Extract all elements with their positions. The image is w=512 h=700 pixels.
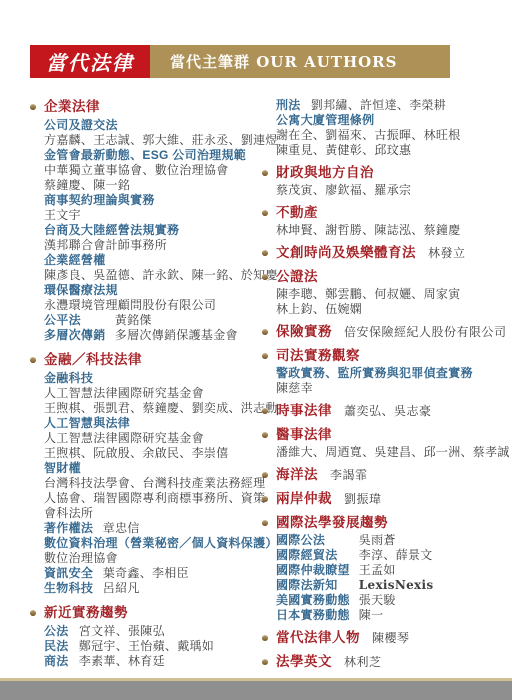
section: 海洋法李謁霏 [260, 466, 508, 484]
section-heading-row: 保險實務倍安保險經紀人股份有限公司 [276, 323, 508, 341]
author-line: 生物科技呂紹凡 [44, 581, 260, 596]
brand-box: 當代法律 [30, 45, 150, 78]
topic-label: 金管會最新動態、ESG 公司治理規範 [44, 148, 260, 163]
author-names: 永灃環境管理顧問股份有限公司 [44, 298, 260, 313]
topic-label: 智財權 [44, 461, 260, 476]
bullet-icon [262, 520, 268, 526]
author-names: 會科法所 [44, 506, 260, 521]
section-heading-row: 海洋法李謁霏 [276, 466, 508, 484]
bullet-icon [262, 432, 268, 438]
header: 當代法律 當代主筆群 OUR AUTHORS [30, 45, 450, 78]
section: 不動產林坤賢、謝哲勝、陳誌泓、蔡鐘慶 [260, 204, 508, 238]
topic-label: 台商及大陸經營法規實務 [44, 223, 260, 238]
section-heading: 醫事法律 [276, 427, 332, 442]
author-names: 林利芝 [344, 655, 382, 669]
section: 保險實務倍安保險經紀人股份有限公司 [260, 323, 508, 341]
author-names: 陳李聰、鄭雲鵬、何叔孋、周家寅 [276, 287, 508, 302]
author-names: 章忠信 [103, 521, 140, 535]
page: 當代法律 當代主筆群 OUR AUTHORS 企業法律公司及證交法方嘉麟、王志誠… [0, 0, 512, 700]
topic-label: 企業經營權 [44, 253, 260, 268]
bullet-icon [262, 659, 268, 665]
author-line: 日本實務動態陳一 [276, 608, 508, 623]
author-line: 民法鄭冠宇、王怡蘋、戴瑀如 [44, 639, 260, 654]
author-line: 商法李素華、林育廷 [44, 654, 260, 669]
author-line: 資訊安全葉奇鑫、李相臣 [44, 566, 260, 581]
section-heading-row: 醫事法律 [276, 426, 508, 443]
topic-label: 警政實務、監所實務與犯罪偵查實務 [276, 366, 508, 381]
author-line: 刑法劉邦繡、許恒達、李榮耕 [276, 98, 508, 113]
bullet-icon [262, 274, 268, 280]
section-heading: 國際法學發展趨勢 [276, 515, 388, 530]
section: 法學英文林利芝 [260, 653, 508, 671]
author-names: 台灣科技法學會、台灣科技產業法務經理 [44, 476, 260, 491]
topic-label: 國際經貿法 [276, 548, 359, 563]
topic-label: 公司及證交法 [44, 118, 260, 133]
section-heading-row: 時事法律蕭奕弘、吳志豪 [276, 402, 508, 420]
author-names: 中華獨立董事協會、數位治理協會 [44, 163, 260, 178]
author-names: 蔡茂寅、廖欽福、羅承宗 [276, 183, 508, 198]
bullet-icon [30, 357, 36, 363]
topic-label: 金融科技 [44, 371, 260, 386]
section-heading-row: 公證法 [276, 268, 508, 285]
author-line: 國際公法吳雨蒼 [276, 533, 508, 548]
author-names: 多層次傳銷保護基金會 [115, 328, 238, 342]
author-names: 宮文祥、張陳弘 [79, 624, 165, 638]
brand-title: 當代法律 [46, 47, 134, 76]
banner-title: 當代主筆群 OUR AUTHORS [170, 51, 397, 72]
section-heading: 財政與地方自治 [276, 165, 374, 180]
section-heading: 文創時尚及娛樂體育法 [276, 245, 416, 260]
topic-label: 資訊安全 [44, 566, 103, 581]
topic-label: 刑法 [276, 98, 311, 113]
section-heading-row: 國際法學發展趨勢 [276, 514, 508, 531]
author-names: 蔡鐘慶、陳一銘 [44, 178, 260, 193]
section-heading: 司法實務觀察 [276, 348, 360, 363]
section-heading: 公證法 [276, 269, 318, 284]
author-names: 林上鈞、伍婉嫻 [276, 302, 508, 317]
section: 公證法陳李聰、鄭雲鵬、何叔孋、周家寅林上鈞、伍婉嫻 [260, 268, 508, 317]
section-heading: 海洋法 [276, 467, 318, 482]
section: 醫事法律潘維大、周迺寬、吳建昌、邱一洲、蔡孝誠 [260, 426, 508, 460]
author-names: 人工智慧法律國際研究基金會 [44, 386, 260, 401]
section: 企業法律公司及證交法方嘉麟、王志誠、郭大維、莊永丞、劉連煜金管會最新動態、ESG… [28, 98, 260, 343]
section-heading-row: 兩岸仲裁劉振瑋 [276, 490, 508, 508]
author-names: 王煦棋、張凱君、蔡鐘慶、劉奕成、洪志勳 [44, 401, 260, 416]
author-line: 公平法黃銘傑 [44, 313, 260, 328]
author-names: 陳重見、黃健彰、邱玟惠 [276, 143, 508, 158]
author-line: 國際法新知LexisNexis [276, 578, 508, 593]
section: 文創時尚及娛樂體育法林發立 [260, 244, 508, 262]
topic-label: 日本實務動態 [276, 608, 359, 623]
author-names: 陳櫻琴 [372, 631, 410, 645]
author-names: 人協會、瑞智國際專利商標事務所、資策 [44, 491, 260, 506]
section-heading: 金融／科技法律 [44, 352, 142, 367]
author-names: 王煦棋、阮啟殷、余啟民、李崇僖 [44, 446, 260, 461]
author-names: 潘維大、周迺寬、吳建昌、邱一洲、蔡孝誠 [276, 445, 508, 460]
bullet-icon [262, 408, 268, 414]
author-names: 漢邦聯合會計師事務所 [44, 238, 260, 253]
section-heading: 不動產 [276, 205, 318, 220]
section-heading: 企業法律 [44, 99, 100, 114]
section: 刑法劉邦繡、許恒達、李榮耕公寓大廈管理條例謝在全、劉福來、古振暉、林旺根陳重見、… [260, 98, 508, 158]
author-names: 呂紹凡 [103, 581, 140, 595]
section-heading: 兩岸仲裁 [276, 491, 332, 506]
topic-label: 民法 [44, 639, 79, 654]
author-names: 陳慈幸 [276, 381, 508, 396]
column-right: 刑法劉邦繡、許恒達、李榮耕公寓大廈管理條例謝在全、劉福來、古振暉、林旺根陳重見、… [260, 98, 508, 677]
author-names: 王孟如 [359, 563, 396, 577]
author-names: 陳彥良、吳盈德、許永欽、陳一銘、於知慶 [44, 268, 260, 283]
author-names: 李素華、林育廷 [79, 654, 165, 668]
author-names: 陳一 [359, 608, 384, 622]
author-line: 國際仲裁瞭望王孟如 [276, 563, 508, 578]
section: 當代法律人物陳櫻琴 [260, 629, 508, 647]
section: 兩岸仲裁劉振瑋 [260, 490, 508, 508]
outside-band [0, 681, 512, 700]
author-names: 劉振瑋 [344, 492, 382, 506]
topic-label: 人工智慧與法律 [44, 416, 260, 431]
author-names: 李謁霏 [330, 468, 368, 482]
section-heading-row: 司法實務觀察 [276, 347, 508, 364]
section: 國際法學發展趨勢國際公法吳雨蒼國際經貿法李淳、薛景文國際仲裁瞭望王孟如國際法新知… [260, 514, 508, 623]
author-names: 吳雨蒼 [359, 533, 396, 547]
author-line: 美國實務動態張天駿 [276, 593, 508, 608]
bullet-icon [262, 170, 268, 176]
author-names: 數位治理協會 [44, 551, 260, 566]
author-names: 鄭冠宇、王怡蘋、戴瑀如 [79, 639, 214, 653]
topic-label: 數位資料治理（營業秘密／個人資料保護） [44, 536, 260, 551]
topic-label: 商法 [44, 654, 79, 669]
topic-label: 公法 [44, 624, 79, 639]
topic-label: 公寓大廈管理條例 [276, 113, 508, 128]
author-names: 林坤賢、謝哲勝、陳誌泓、蔡鐘慶 [276, 223, 508, 238]
bullet-icon [262, 353, 268, 359]
bullet-icon [30, 104, 36, 110]
topic-label: 環保醫療法規 [44, 283, 260, 298]
topic-label: 國際公法 [276, 533, 359, 548]
section: 時事法律蕭奕弘、吳志豪 [260, 402, 508, 420]
authors-banner: 當代主筆群 OUR AUTHORS [150, 45, 450, 78]
section-heading: 時事法律 [276, 403, 332, 418]
author-line: 著作權法章忠信 [44, 521, 260, 536]
author-names: 方嘉麟、王志誠、郭大維、莊永丞、劉連煜 [44, 133, 260, 148]
bullet-icon [262, 250, 268, 256]
author-names: 人工智慧法律國際研究基金會 [44, 431, 260, 446]
author-line: 公法宮文祥、張陳弘 [44, 624, 260, 639]
section-heading: 法學英文 [276, 654, 332, 669]
section: 財政與地方自治蔡茂寅、廖欽福、羅承宗 [260, 164, 508, 198]
author-names: 倍安保險經紀人股份有限公司 [344, 325, 507, 339]
bullet-icon [262, 496, 268, 502]
author-line: 國際經貿法李淳、薛景文 [276, 548, 508, 563]
author-names: 劉邦繡、許恒達、李榮耕 [311, 98, 446, 112]
section-heading-row: 文創時尚及娛樂體育法林發立 [276, 244, 508, 262]
section: 司法實務觀察警政實務、監所實務與犯罪偵查實務陳慈幸 [260, 347, 508, 396]
section-heading: 新近實務趨勢 [44, 605, 128, 620]
author-names: 黃銘傑 [115, 313, 152, 327]
bullet-icon [262, 210, 268, 216]
bullet-icon [262, 329, 268, 335]
topic-label: 國際仲裁瞭望 [276, 563, 359, 578]
section-heading-row: 金融／科技法律 [44, 351, 260, 369]
bullet-icon [262, 472, 268, 478]
section: 金融／科技法律金融科技人工智慧法律國際研究基金會王煦棋、張凱君、蔡鐘慶、劉奕成、… [28, 351, 260, 596]
author-names: LexisNexis [359, 578, 434, 592]
topic-label: 國際法新知 [276, 578, 359, 593]
section-heading-row: 法學英文林利芝 [276, 653, 508, 671]
section-heading-row: 當代法律人物陳櫻琴 [276, 629, 508, 647]
section: 新近實務趨勢公法宮文祥、張陳弘民法鄭冠宇、王怡蘋、戴瑀如商法李素華、林育廷 [28, 604, 260, 669]
topic-label: 公平法 [44, 313, 115, 328]
topic-label: 多層次傳銷 [44, 328, 115, 343]
author-names: 李淳、薛景文 [359, 548, 433, 562]
author-line: 多層次傳銷多層次傳銷保護基金會 [44, 328, 260, 343]
section-heading-row: 財政與地方自治 [276, 164, 508, 181]
section-heading: 當代法律人物 [276, 630, 360, 645]
topic-label: 著作權法 [44, 521, 103, 536]
topic-label: 商事契約理論與實務 [44, 193, 260, 208]
bullet-icon [30, 610, 36, 616]
author-names: 謝在全、劉福來、古振暉、林旺根 [276, 128, 508, 143]
section-heading-row: 新近實務趨勢 [44, 604, 260, 622]
section-heading: 保險實務 [276, 324, 332, 339]
column-left: 企業法律公司及證交法方嘉麟、王志誠、郭大維、莊永丞、劉連煜金管會最新動態、ESG… [28, 98, 260, 677]
topic-label: 美國實務動態 [276, 593, 359, 608]
content-columns: 企業法律公司及證交法方嘉麟、王志誠、郭大維、莊永丞、劉連煜金管會最新動態、ESG… [28, 98, 508, 677]
author-names: 林發立 [428, 246, 466, 260]
section-heading-row: 不動產 [276, 204, 508, 221]
section-heading-row: 企業法律 [44, 98, 260, 116]
author-names: 蕭奕弘、吳志豪 [344, 404, 432, 418]
topic-label: 生物科技 [44, 581, 103, 596]
author-names: 張天駿 [359, 593, 396, 607]
author-names: 葉奇鑫、李相臣 [103, 566, 189, 580]
bullet-icon [262, 635, 268, 641]
author-names: 王文宇 [44, 208, 260, 223]
